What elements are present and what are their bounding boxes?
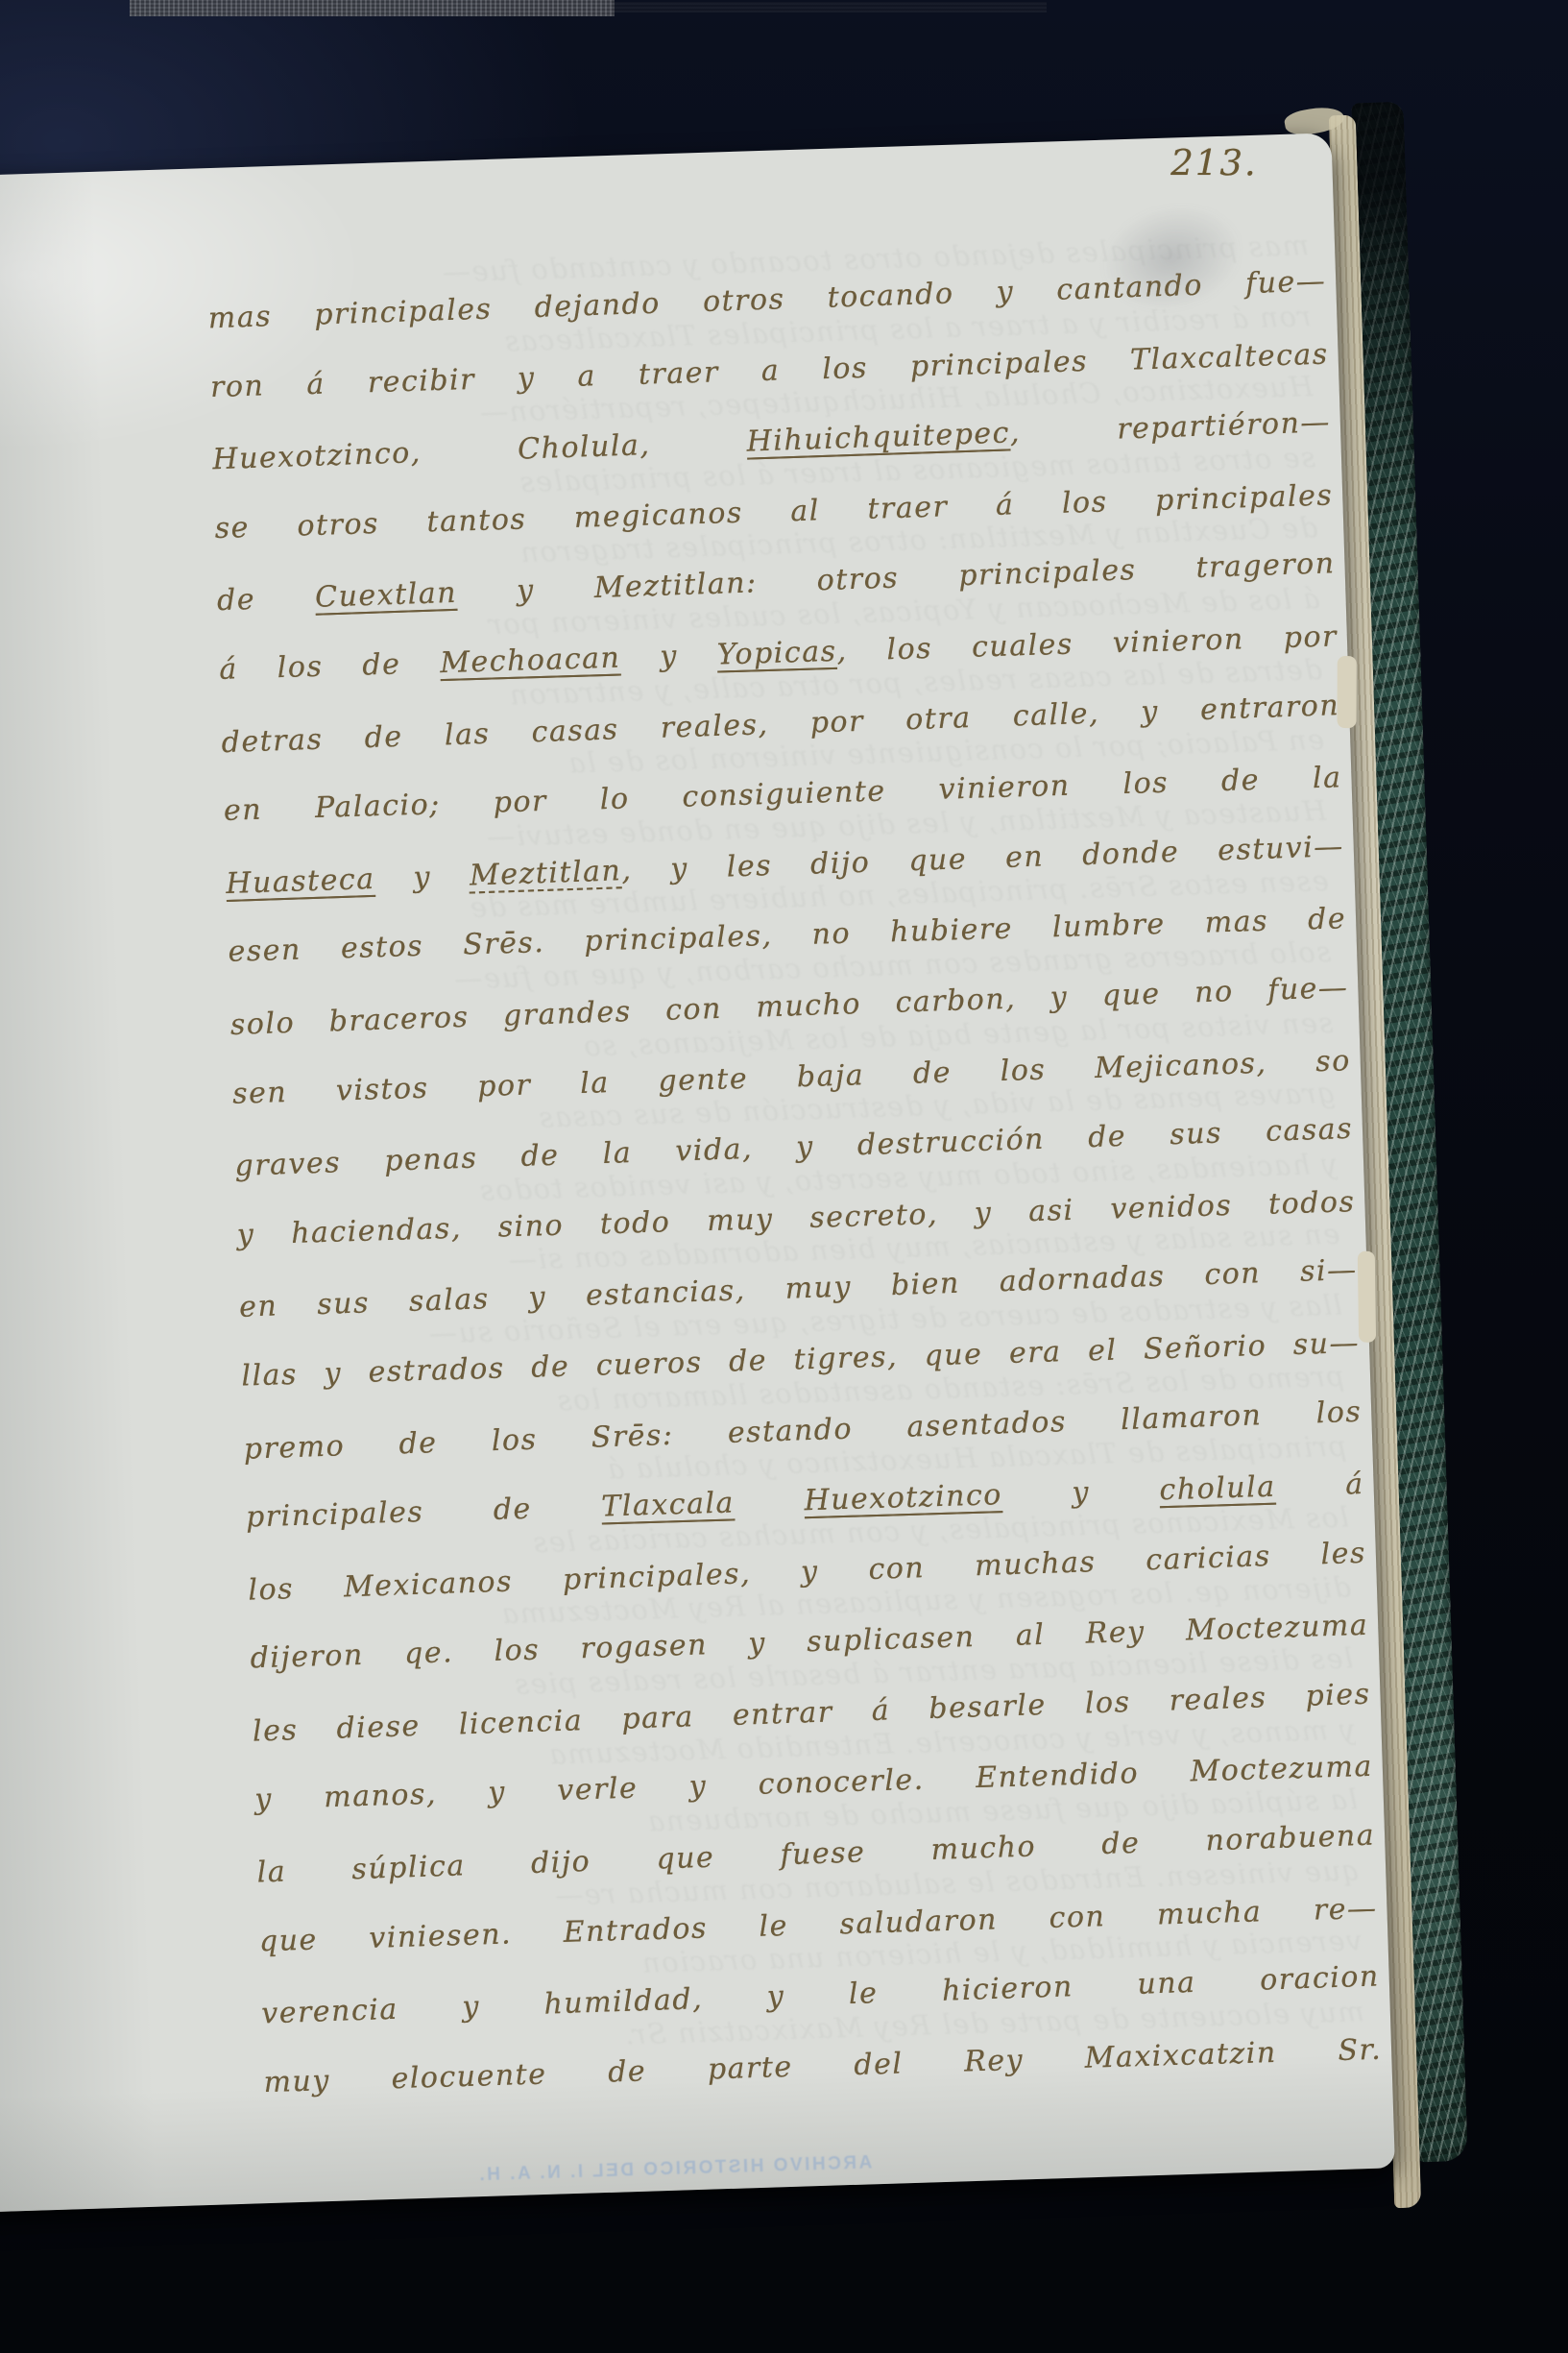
underlined-place-name: Huasteca xyxy=(226,862,375,901)
page-number: 213. xyxy=(1170,142,1258,183)
underlined-place-name: Hihuichquitepec xyxy=(746,417,1010,459)
underlined-place-name: cholula xyxy=(1159,1470,1276,1508)
manuscript-leaf: mas principales dejando otros tocando y … xyxy=(0,130,1482,2212)
underlined-place-name: Cuextlan xyxy=(315,576,458,615)
book-binding-cloth xyxy=(130,0,615,16)
book-binding-edge xyxy=(615,2,1047,12)
page-edge-tab xyxy=(1338,656,1357,728)
underlined-place-name: Huexotzinco xyxy=(804,1478,1002,1517)
manuscript-page: mas principales dejando otros tocando y … xyxy=(0,133,1395,2212)
underlined-place-name: Tlaxcala xyxy=(601,1486,736,1523)
page-edge-tab xyxy=(1358,1251,1376,1343)
manuscript-text: mas principales dejando otros tocando y … xyxy=(207,248,1384,2120)
photograph-background: mas principales dejando otros tocando y … xyxy=(0,0,1568,2353)
underlined-place-name: Mechoacan xyxy=(440,641,621,680)
underlined-place-name: Meztitlan xyxy=(469,854,621,892)
underlined-place-name: Yopicas xyxy=(716,635,837,672)
